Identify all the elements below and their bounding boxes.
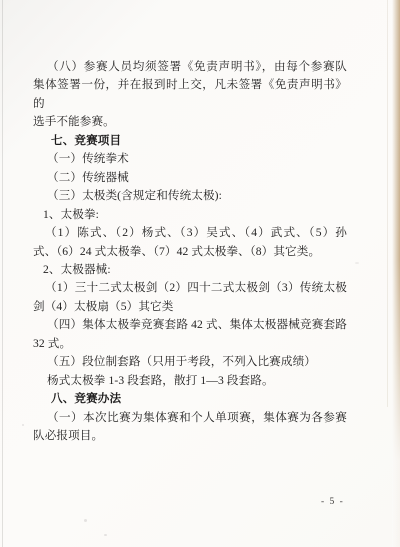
scan-noise-speck xyxy=(22,424,24,426)
heading-competition-events: 七、竞赛项目 xyxy=(51,132,347,150)
item-duanwei-routines: （五）段位制套路（只用于考段，不列入比赛成绩） xyxy=(47,353,347,371)
scanned-document-page: （八）参赛人员均须签署《免责声明书》，由每个参赛队 集体签署一份，并在报到时上交… xyxy=(0,0,400,547)
paragraph-8-disclaimer-line-3: 选手不能参赛。 xyxy=(33,113,347,131)
taijiquan-styles-line-2: 式、（6）24 式太极拳、（7）42 式太极拳、（8）其它类。 xyxy=(33,243,347,261)
duanwei-routines-detail: 杨式太极拳 1-3 段套路，散打 1—3 段套路。 xyxy=(47,372,347,390)
subitem-taiji-weapons: 2、太极器械: xyxy=(43,261,347,279)
item-taiji-category: （三）太极类(含规定和传统太极): xyxy=(47,187,347,205)
scan-right-edge-fade xyxy=(392,260,400,547)
method-item-1-line-2: 队必报项目。 xyxy=(33,427,347,445)
item-traditional-boxing: （一）传统拳术 xyxy=(47,150,347,168)
scan-left-edge-line xyxy=(2,0,3,547)
scan-noise-speck xyxy=(104,534,107,536)
taiji-weapons-line-2: 剑（4）太极扇（5）其它类 xyxy=(33,298,347,316)
scan-noise-speck xyxy=(355,262,359,264)
heading-competition-method: 八、竞赛办法 xyxy=(51,390,347,408)
item-traditional-weapons: （二）传统器械 xyxy=(47,169,347,187)
document-text-block: （八）参赛人员均须签署《免责声明书》，由每个参赛队 集体签署一份，并在报到时上交… xyxy=(33,58,347,446)
item-group-routines-line-2: 32 式。 xyxy=(33,335,347,353)
taiji-weapons-line-1: （1）三十二式太极剑（2）四十二式太极剑（3）传统太极 xyxy=(45,279,347,297)
subitem-taijiquan: 1、太极拳: xyxy=(43,206,347,224)
page-number: - 5 - xyxy=(321,497,344,507)
scan-noise-speck xyxy=(84,519,87,522)
item-group-routines-line-1: （四）集体太极拳竞赛套路 42 式、集体太极器械竞赛套路 xyxy=(47,316,347,334)
page-fold-line xyxy=(387,0,388,407)
method-item-1-line-1: （一）本次比赛为集体赛和个人单项赛，集体赛为各参赛 xyxy=(47,409,347,427)
paragraph-8-disclaimer-line-2: 集体签署一份，并在报到时上交，凡未签署《免责声明书》的 xyxy=(33,76,347,113)
paragraph-8-disclaimer-line-1: （八）参赛人员均须签署《免责声明书》，由每个参赛队 xyxy=(47,58,347,76)
taijiquan-styles-line-1: （1）陈式、（2）杨式、（3）吴式、（4）武式、（5）孙 xyxy=(45,224,347,242)
